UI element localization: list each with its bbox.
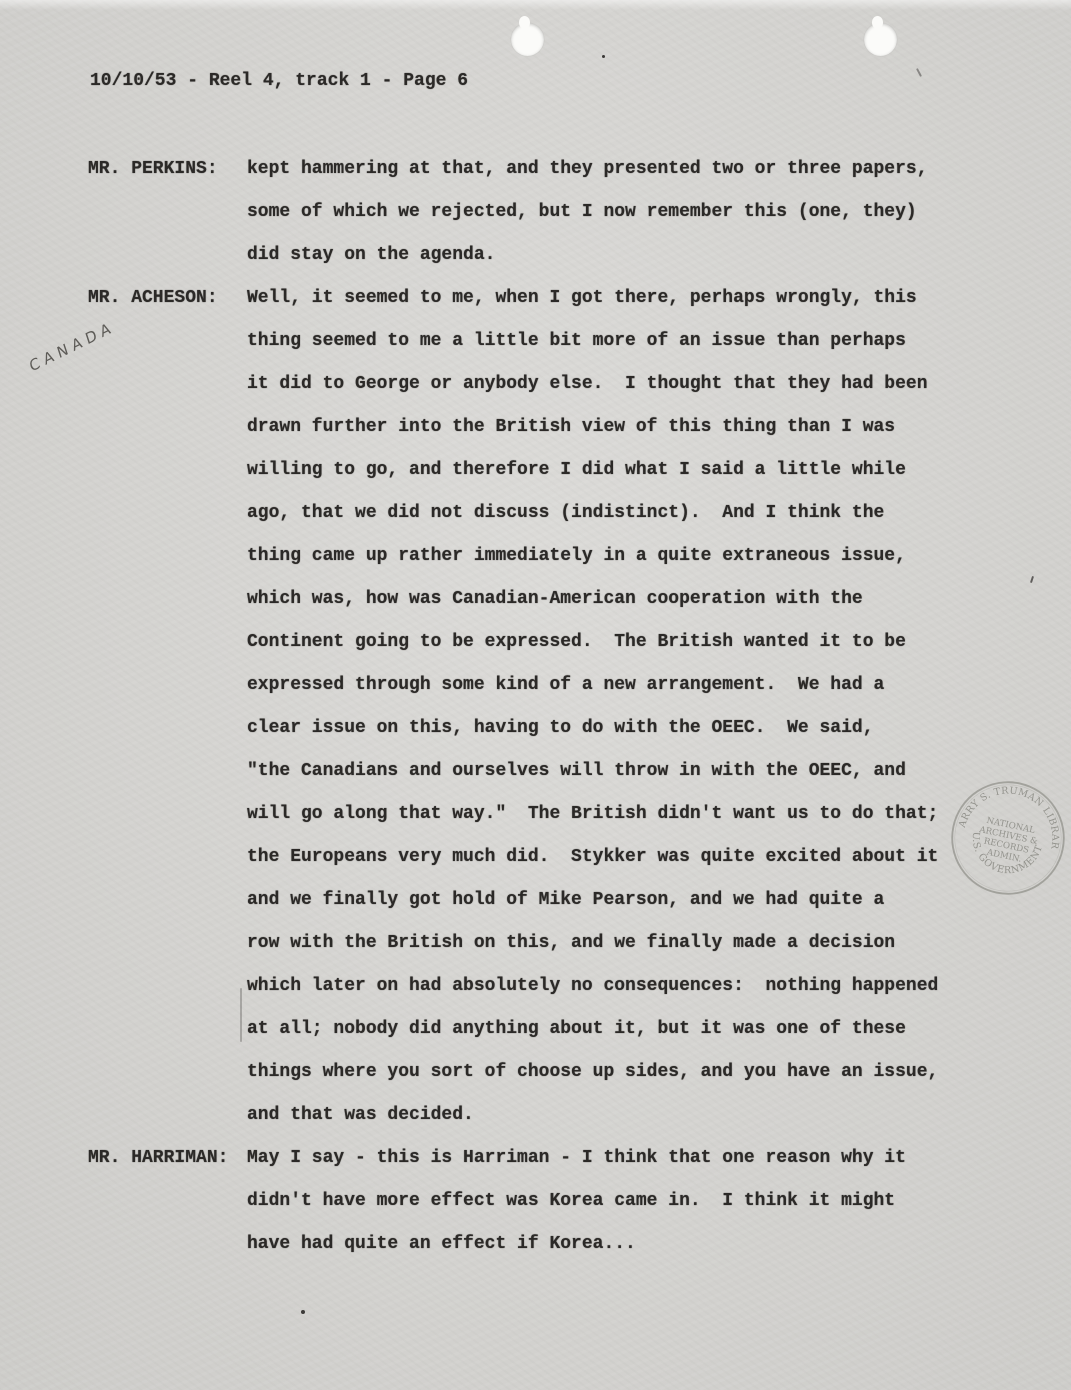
pencil-margin-mark <box>240 988 242 1042</box>
transcript-line: and we finally got hold of Mike Pearson,… <box>247 879 988 922</box>
transcript-line: "the Canadians and ourselves will throw … <box>247 750 988 793</box>
ink-speck <box>602 55 605 58</box>
transcript-line: thing seemed to me a little bit more of … <box>247 320 988 363</box>
transcript-line: and that was decided. <box>247 1094 988 1137</box>
truman-library-archive-stamp: HARRY S. TRUMAN LIBRARY U.S. GOVERNMENT … <box>934 764 1071 911</box>
transcript-line: Well, it seemed to me, when I got there,… <box>247 277 988 320</box>
transcript-line: thing came up rather immediately in a qu… <box>247 535 988 578</box>
speaker-label: MR. PERKINS: <box>88 148 218 191</box>
ink-speck <box>301 1310 305 1314</box>
transcript-line: have had quite an effect if Korea... <box>247 1223 988 1266</box>
transcript-line: row with the British on this, and we fin… <box>247 922 988 965</box>
stray-ink-mark <box>916 68 922 77</box>
speaker-turn-harriman: MR. HARRIMAN: May I say - this is Harrim… <box>88 1137 988 1266</box>
stray-ink-mark <box>1030 576 1034 583</box>
speaker-label: MR. ACHESON: <box>88 277 218 320</box>
transcript-line: Continent going to be expressed. The Bri… <box>247 621 988 664</box>
transcript-line: will go along that way." The British did… <box>247 793 988 836</box>
transcript-line: some of which we rejected, but I now rem… <box>247 191 988 234</box>
transcript-line: clear issue on this, having to do with t… <box>247 707 988 750</box>
scanned-document-page: 10/10/53 - Reel 4, track 1 - Page 6 CANA… <box>0 0 1071 1390</box>
transcript-line: at all; nobody did anything about it, bu… <box>247 1008 988 1051</box>
speaker-turn-perkins: MR. PERKINS: kept hammering at that, and… <box>88 148 988 277</box>
transcript-line: kept hammering at that, and they present… <box>247 148 988 191</box>
transcript-line: which was, how was Canadian-American coo… <box>247 578 988 621</box>
transcript-line: drawn further into the British view of t… <box>247 406 988 449</box>
transcript-line: expressed through some kind of a new arr… <box>247 664 988 707</box>
transcript-line: willing to go, and therefore I did what … <box>247 449 988 492</box>
transcript-line: ago, that we did not discuss (indistinct… <box>247 492 988 535</box>
transcript-line: did stay on the agenda. <box>247 234 988 277</box>
transcript-line: the Europeans very much did. Stykker was… <box>247 836 988 879</box>
page-header: 10/10/53 - Reel 4, track 1 - Page 6 <box>90 66 468 96</box>
transcript-line: things where you sort of choose up sides… <box>247 1051 988 1094</box>
speaker-turn-acheson: MR. ACHESON: Well, it seemed to me, when… <box>88 277 988 1137</box>
hole-punch-right <box>864 23 897 56</box>
transcript-line: it did to George or anybody else. I thou… <box>247 363 988 406</box>
transcript-line: May I say - this is Harriman - I think t… <box>247 1137 988 1180</box>
speaker-label: MR. HARRIMAN: <box>88 1137 228 1180</box>
transcript-line: which later on had absolutely no consequ… <box>247 965 988 1008</box>
scan-edge-highlight <box>0 0 1071 10</box>
transcript-body: MR. PERKINS: kept hammering at that, and… <box>88 148 988 1266</box>
hole-punch-left <box>511 23 544 56</box>
transcript-line: didn't have more effect was Korea came i… <box>247 1180 988 1223</box>
